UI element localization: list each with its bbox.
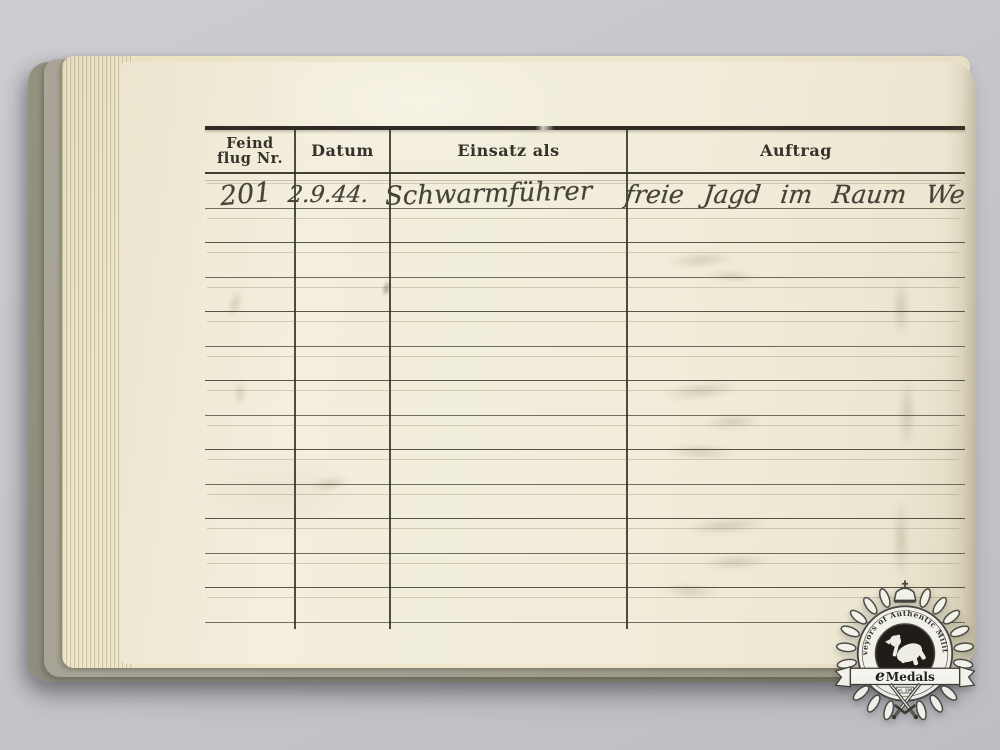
column-header-einsatz-als: Einsatz als	[390, 143, 627, 160]
header-line: flug Nr.	[217, 151, 283, 166]
handwritten-datum: 2.9.44.	[286, 183, 370, 208]
empty-log-row	[205, 243, 965, 278]
handwritten-einsatz: Schwarmführer	[384, 178, 592, 210]
empty-log-row	[205, 347, 965, 382]
empty-log-row	[205, 450, 965, 485]
cell-auftrag: freie Jagd im Raum We	[597, 174, 965, 208]
cell-feindflug-nr: 201	[205, 174, 286, 208]
flight-log-table: Feind flug Nr. Datum Einsatz als Auftrag…	[205, 126, 965, 623]
empty-log-row	[205, 278, 965, 313]
crown-icon	[894, 580, 915, 601]
banner-ribbon: eMedals	[836, 666, 975, 687]
cell-datum: 2.9.44.	[286, 174, 371, 208]
logbook-page: Feind flug Nr. Datum Einsatz als Auftrag…	[120, 62, 976, 664]
empty-log-row	[205, 416, 965, 451]
header-line: Feind	[226, 136, 273, 151]
photo-backdrop: Feind flug Nr. Datum Einsatz als Auftrag…	[0, 0, 1000, 750]
empty-log-row	[205, 381, 965, 416]
empty-log-row	[205, 312, 965, 347]
column-header-feindflug-nr: Feind flug Nr.	[205, 136, 295, 166]
table-header-row: Feind flug Nr. Datum Einsatz als Auftrag	[205, 130, 965, 174]
empty-log-row	[205, 485, 965, 520]
empty-log-row	[205, 209, 965, 244]
table-body: 201 2.9.44. Schwarmführer freie Jagd im …	[205, 174, 965, 623]
column-header-datum: Datum	[295, 143, 390, 160]
column-header-auftrag: Auftrag	[627, 143, 965, 160]
emedals-watermark: Purveyors of Authentic Militaria	[831, 576, 979, 731]
log-entry-row: 201 2.9.44. Schwarmführer freie Jagd im …	[205, 174, 965, 209]
cell-einsatz-als: Schwarmführer	[371, 174, 597, 208]
handwritten-auftrag: freie Jagd im Raum We	[624, 181, 967, 208]
empty-log-row	[205, 519, 965, 554]
handwritten-nr: 201	[219, 179, 273, 209]
